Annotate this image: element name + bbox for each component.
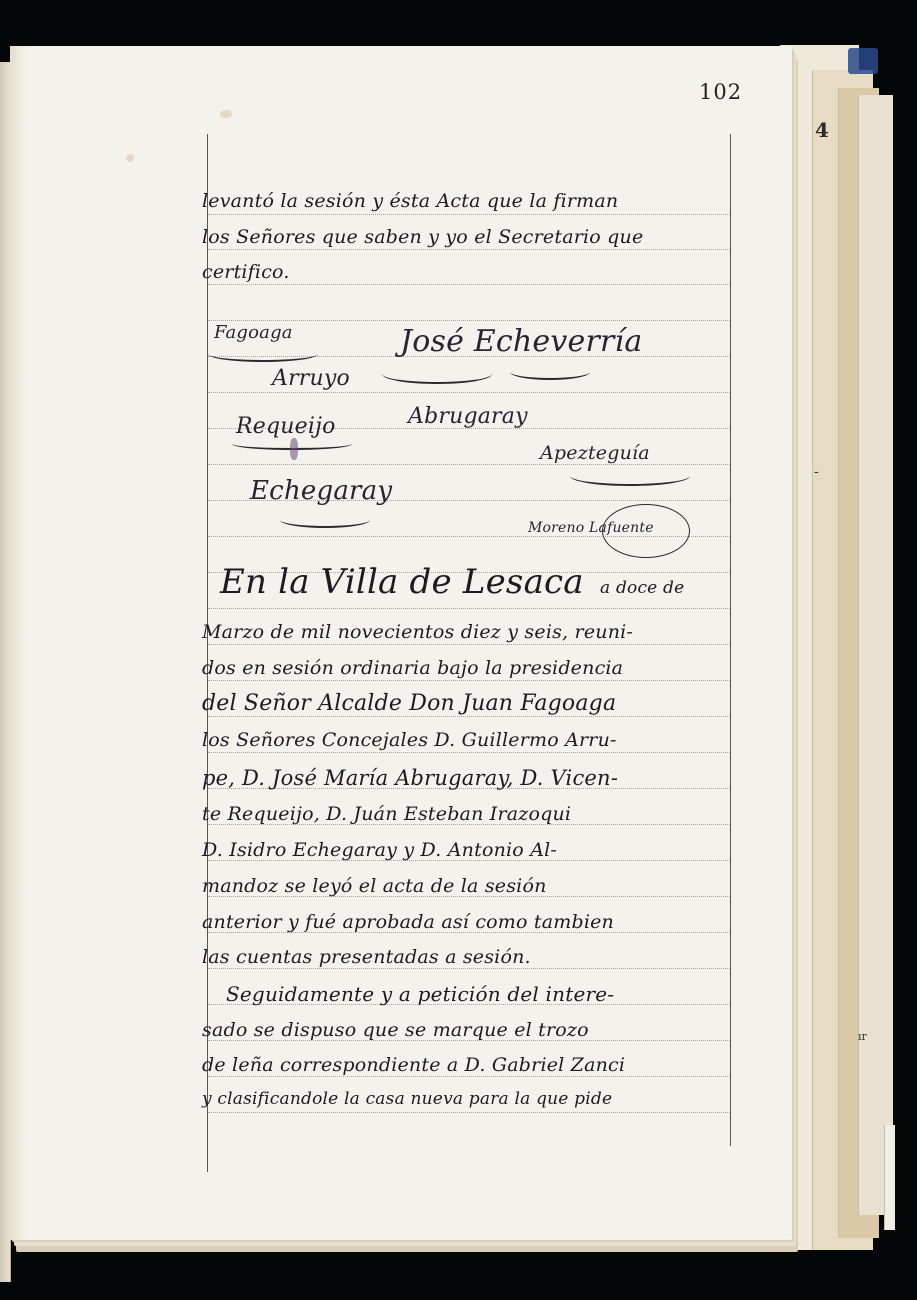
closing-text-line: los Señores que saben y yo el Secretario… (202, 226, 643, 248)
entry-line: dos en sesión ordinaria bajo la presiden… (202, 657, 623, 679)
entry-line: Seguidamente y a petición del intere- (226, 982, 614, 1006)
signature-flourish (510, 364, 590, 380)
entry-line: mandoz se leyó el acta de la sesión (202, 875, 547, 897)
entry-line: las cuentas presentadas a sesión. (202, 946, 531, 968)
entry-line: pe, D. José María Abrugaray, D. Vicen- (202, 766, 618, 790)
signature-flourish (570, 466, 690, 486)
ruled-line (208, 644, 730, 645)
entry-line: y clasificandole la casa nueva para la q… (202, 1089, 612, 1109)
ruled-line (208, 680, 730, 681)
entry-line: a doce de (600, 578, 684, 598)
signature: Requeijo (236, 414, 336, 439)
margin-mark: ır (858, 1030, 867, 1043)
ruled-line (208, 1076, 730, 1077)
signature-rubric (602, 504, 690, 558)
adjacent-page-number: 4 (815, 118, 829, 142)
binding-tab (848, 48, 878, 74)
ruled-line (208, 392, 730, 393)
ruled-line (208, 249, 730, 250)
manuscript-page: 102 levantó la sesión y ésta Acta que la… (10, 46, 792, 1240)
signature: Echegaray (250, 476, 392, 506)
ruled-line (208, 752, 730, 753)
signature: Apezteguía (540, 442, 650, 464)
closing-text-line: levantó la sesión y ésta Acta que la fir… (202, 190, 618, 212)
entry-heading: En la Villa de Lesaca (220, 562, 584, 602)
stacked-page-edge (884, 1125, 895, 1230)
entry-line: de leña correspondiente a D. Gabriel Zan… (202, 1054, 625, 1076)
left-margin-line (207, 134, 208, 1172)
margin-mark: - (814, 464, 819, 480)
entry-line: D. Isidro Echegaray y D. Antonio Al- (202, 839, 557, 861)
entry-line: anterior y fué aprobada así como tambien (202, 911, 614, 933)
signature: Fagoaga (214, 322, 293, 343)
ruled-line (208, 214, 730, 215)
paper-stain (126, 154, 134, 162)
ruled-line (208, 968, 730, 969)
entry-line: los Señores Concejales D. Guillermo Arru… (202, 729, 617, 751)
signature-flourish (280, 512, 370, 528)
ruled-line (208, 464, 730, 465)
signature-flourish (208, 346, 318, 362)
signature: Arruyo (272, 366, 350, 391)
closing-text-line: certifico. (202, 261, 290, 283)
ink-smudge (290, 438, 298, 460)
entry-line: Marzo de mil novecientos diez y seis, re… (202, 621, 633, 643)
signature: Abrugaray (408, 404, 528, 429)
ruled-line (208, 284, 730, 285)
ruled-line (208, 320, 730, 321)
page-number: 102 (699, 80, 742, 104)
signature: José Echeverría (400, 324, 642, 359)
entry-line: del Señor Alcalde Don Juan Fagoaga (202, 691, 616, 716)
entry-line: sado se dispuso que se marque el trozo (202, 1019, 589, 1041)
ruled-line (208, 716, 730, 717)
right-margin-line (730, 134, 731, 1146)
paper-stain (220, 110, 232, 118)
entry-line: te Requeijo, D. Juán Esteban Irazoqui (202, 803, 571, 825)
ruled-line (208, 1112, 730, 1113)
stacked-page-edge (858, 95, 893, 1215)
ruled-line (208, 608, 730, 609)
signature-flourish (382, 364, 492, 384)
